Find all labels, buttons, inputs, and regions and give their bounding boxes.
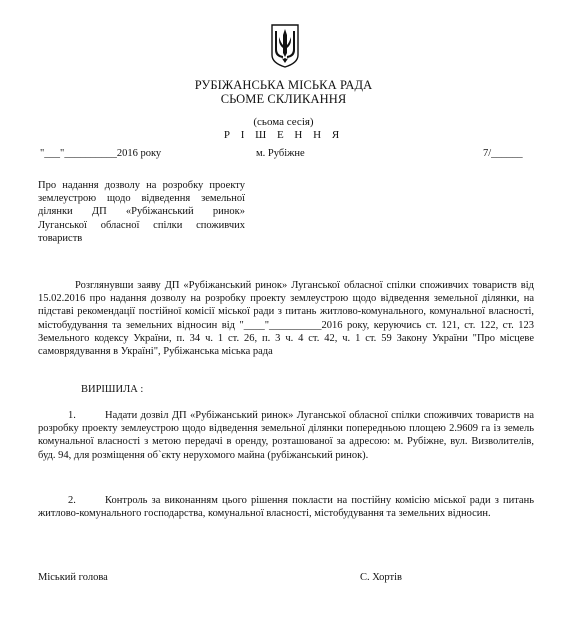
decision-item-2: 2.Контроль за виконанням цього рішення п… [38,494,534,520]
decision-city: м. Рубіжне [256,148,305,159]
decision-number: 7/______ [483,148,523,159]
item-text: Контроль за виконанням цього рішення пок… [38,495,534,519]
preamble-text: Розглянувши заяву ДП «Рубіжанський ринок… [38,280,534,357]
session: (сьома сесія) [0,116,567,128]
decided-label: ВИРІШИЛА : [81,384,143,395]
preamble: Розглянувши заяву ДП «Рубіжанський ринок… [38,279,534,358]
item-text: Надати дозвіл ДП «Рубіжанський ринок» Лу… [38,410,534,461]
item-number: 2. [68,494,105,507]
trident-coat-of-arms-icon [270,23,300,69]
signature-position: Міський голова [38,572,108,583]
document-type: Р І Ш Е Н Н Я [0,129,567,141]
signature-name: С. Хортів [360,572,402,583]
decision-subject: Про надання дозволу на розробку проекту … [38,179,245,245]
item-number: 1. [68,409,105,422]
convocation: СЬОМЕ СКЛИКАННЯ [0,92,567,107]
council-name: РУБІЖАНСЬКА МІСЬКА РАДА [0,78,567,93]
decision-item-1: 1.Надати дозвіл ДП «Рубіжанський ринок» … [38,409,534,462]
decision-date: "___"__________2016 року [40,148,161,159]
